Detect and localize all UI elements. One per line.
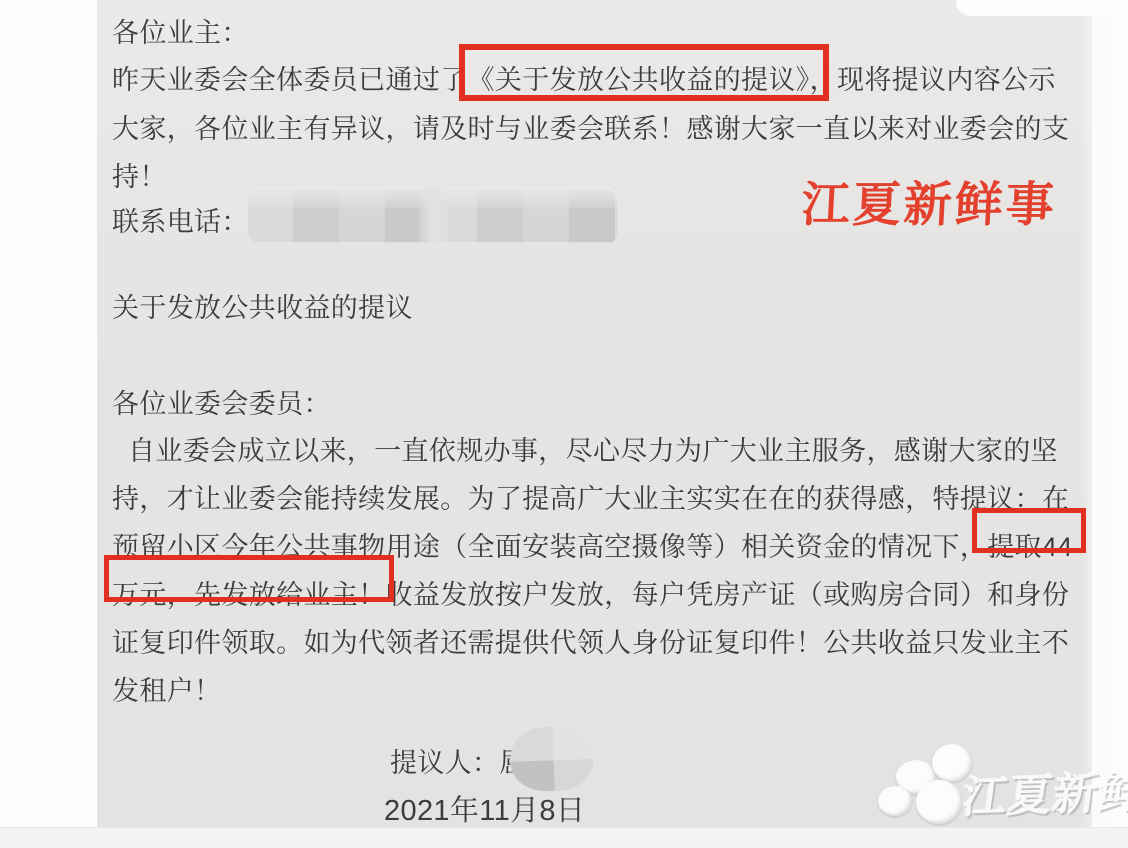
bubble-icon bbox=[878, 786, 912, 816]
intro-line-post: ，现将提议内容公示 bbox=[810, 65, 1056, 95]
top-right-rounded-corner bbox=[956, 0, 1128, 16]
body-line-2: 持，才让业委会能持续发展。为了提高广大业主实实在在的获得感，特提议：在 bbox=[112, 482, 1087, 516]
body-line-6: 发租户！ bbox=[112, 674, 1087, 708]
intro-line-2: 大家，各位业主有异议，请及时与业委会联系！感谢大家一直以来对业委会的支 bbox=[112, 112, 1087, 146]
salutation-committee: 各位业委会委员： bbox=[112, 387, 1087, 421]
signature-label: 提议人： bbox=[390, 748, 499, 778]
red-highlight-box-proposal-title bbox=[459, 44, 829, 101]
channel-logo-watermark: 江夏新鲜事 bbox=[872, 742, 1128, 834]
red-highlight-box-amount-1 bbox=[972, 508, 1086, 553]
proposer-name-blur bbox=[511, 727, 593, 791]
red-highlight-box-amount-2 bbox=[104, 555, 394, 602]
proposal-title: 关于发放公共收益的提议 bbox=[112, 291, 1087, 325]
body-line-5: 证复印件领取。如为代领者还需提供代领人身份证复印件！公共收益只发业主不 bbox=[112, 626, 1087, 660]
channel-logo-text: 江夏新鲜事 bbox=[959, 754, 1128, 826]
phone-number-blur-gap bbox=[419, 187, 449, 243]
body-line-4-post: 收益发放按户发放，每户凭房产证（或购房合同）和身份 bbox=[386, 580, 1070, 610]
date-line: 2021年11月8日 bbox=[384, 794, 704, 828]
bubble-icon bbox=[916, 780, 962, 824]
phone-number-blur bbox=[247, 187, 619, 243]
red-channel-watermark: 江夏新鲜事 bbox=[800, 166, 1059, 235]
intro-line-pre: 昨天业委会全体委员已通过了 bbox=[112, 65, 468, 95]
body-line-1: 自业委会成立以来，一直依规办事，尽心尽力为广大业主服务，感谢大家的坚 bbox=[112, 434, 1103, 468]
page-left-margin bbox=[0, 0, 97, 827]
page-right-edge-fade bbox=[1080, 0, 1128, 827]
